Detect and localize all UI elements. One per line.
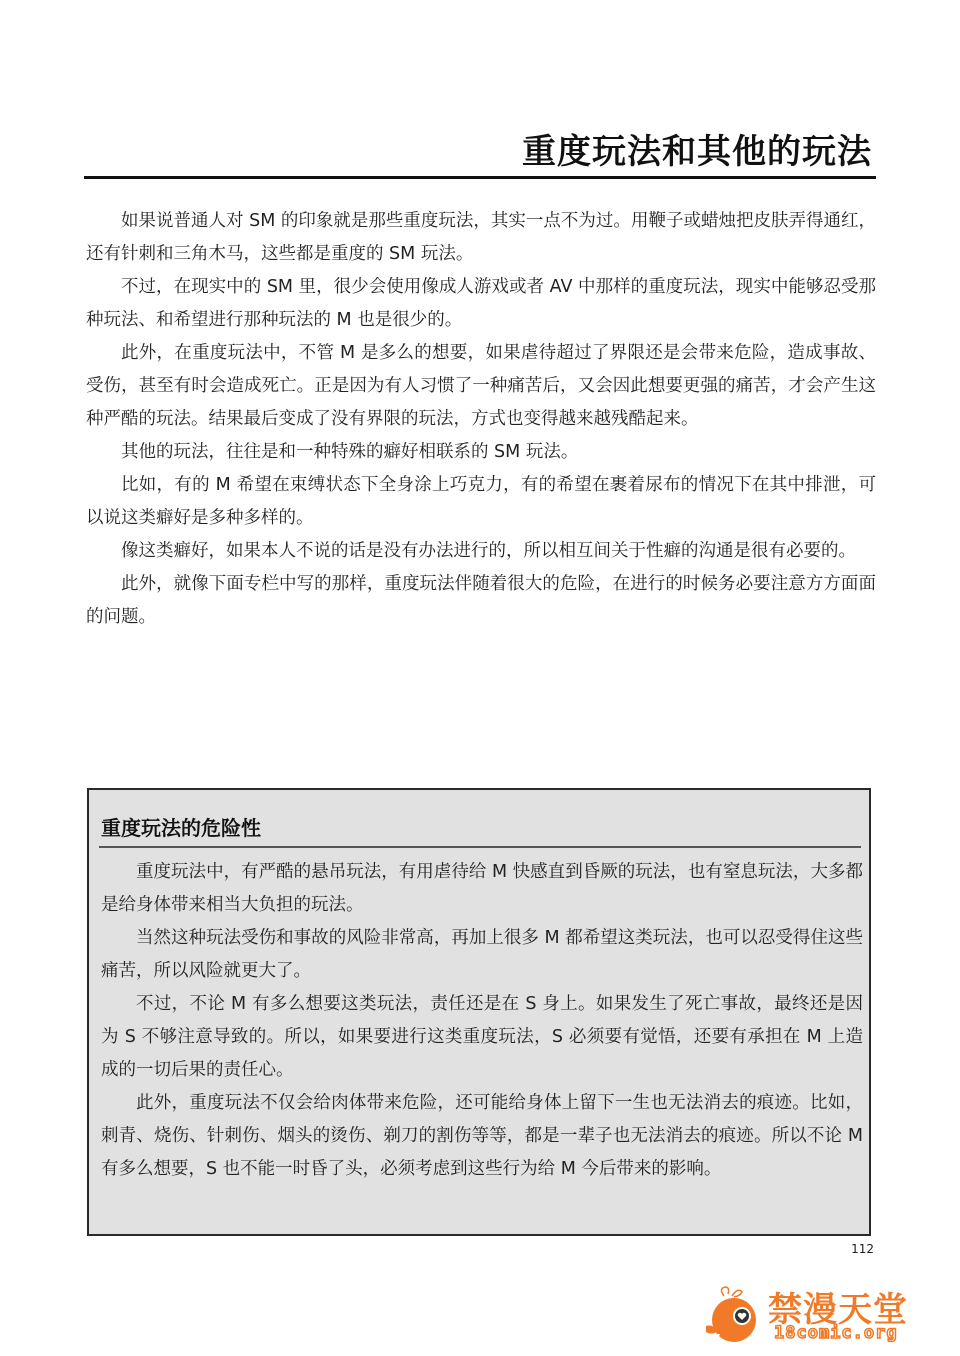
column-title: 重度玩法的危险性 <box>101 812 261 841</box>
main-body: 如果说普通人对 SM 的印象就是那些重度玩法，其实一点不为过。用鞭子或蜡烛把皮肤… <box>86 205 876 634</box>
page-number: 112 <box>851 1242 874 1256</box>
paragraph: 当然这种玩法受伤和事故的风险非常高，再加上很多 M 都希望这类玩法，也可以忍受得… <box>101 922 863 988</box>
paragraph: 此外，就像下面专栏中写的那样，重度玩法伴随着很大的危险，在进行的时候务必要注意方… <box>86 568 876 634</box>
column-body: 重度玩法中，有严酷的悬吊玩法，有用虐待给 M 快感直到昏厥的玩法，也有窒息玩法，… <box>101 856 863 1186</box>
watermark: 禁漫天堂 18comic.org <box>700 1278 940 1348</box>
sidebar-column-box: 重度玩法的危险性 重度玩法中，有严酷的悬吊玩法，有用虐待给 M 快感直到昏厥的玩… <box>87 788 871 1236</box>
paragraph: 其他的玩法，往往是和一种特殊的癖好相联系的 SM 玩法。 <box>86 436 876 469</box>
paragraph: 不过，不论 M 有多么想要这类玩法，责任还是在 S 身上。如果发生了死亡事故，最… <box>101 988 863 1087</box>
watermark-url: 18comic.org <box>774 1323 898 1343</box>
title-divider <box>84 176 876 179</box>
paragraph: 比如，有的 M 希望在束缚状态下全身涂上巧克力，有的希望在裹着尿布的情况下在其中… <box>86 469 876 535</box>
paragraph: 此外，重度玩法不仅会给肉体带来危险，还可能给身体上留下一生也无法消去的痕迹。比如… <box>101 1087 863 1186</box>
page-title: 重度玩法和其他的玩法 <box>522 124 872 173</box>
paragraph: 此外，在重度玩法中，不管 M 是多么的想要，如果虐待超过了界限还是会带来危险，造… <box>86 337 876 436</box>
paragraph: 不过，在现实中的 SM 里，很少会使用像成人游戏或者 AV 中那样的重度玩法，现… <box>86 271 876 337</box>
paragraph: 像这类癖好，如果本人不说的话是没有办法进行的，所以相互间关于性癖的沟通是很有必要… <box>86 535 876 568</box>
paragraph: 如果说普通人对 SM 的印象就是那些重度玩法，其实一点不为过。用鞭子或蜡烛把皮肤… <box>86 205 876 271</box>
orange-whale-heart-icon <box>702 1286 762 1344</box>
column-divider <box>99 846 861 848</box>
paragraph: 重度玩法中，有严酷的悬吊玩法，有用虐待给 M 快感直到昏厥的玩法，也有窒息玩法，… <box>101 856 863 922</box>
